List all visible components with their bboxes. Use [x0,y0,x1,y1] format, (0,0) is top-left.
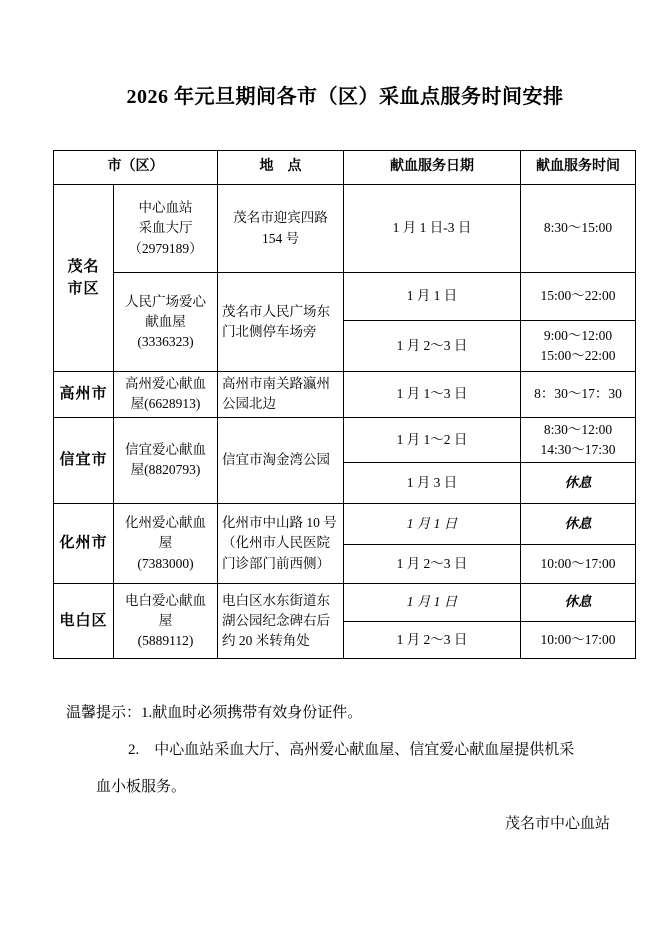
signature: 茂名市中心血站 [66,806,610,843]
station-cell: 高州爱心献血 屋(6628913) [114,372,218,418]
table-row: 高州市 高州爱心献血 屋(6628913) 高州市南关路瀛州 公园北边 1 月 … [54,372,636,418]
time-cell: 9:00～12:00 15:00～22:00 [521,321,636,372]
district-cell-maoming: 茂名 市区 [54,185,114,372]
table-row: 茂名 市区 中心血站 采血大厅 （2979189） 茂名市迎宾四路 154 号 … [54,185,636,273]
date-cell: 1 月 3 日 [344,463,521,504]
address-cell: 茂名市迎宾四路 154 号 [218,185,344,273]
header-service-date: 献血服务日期 [344,151,521,185]
document-page: 2026 年元旦期间各市（区）采血点服务时间安排 市（区） 地 点 献血服务日期… [0,0,670,947]
table-row: 电白区 电白爱心献血 屋 (5889112) 电白区水东街道东 湖公园纪念碑右后… [54,584,636,622]
note-line-2: 2. 中心血站采血大厅、高州爱心献血屋、信宜爱心献血屋提供机采 [128,732,610,769]
station-cell: 电白爱心献血 屋 (5889112) [114,584,218,659]
district-cell-dianbai: 电白区 [54,584,114,659]
date-cell: 1 月 2～3 日 [344,622,521,659]
time-cell: 10:00～17:00 [521,622,636,659]
address-cell: 高州市南关路瀛州 公园北边 [218,372,344,418]
station-cell: 中心血站 采血大厅 （2979189） [114,185,218,273]
station-cell: 信宜爱心献血 屋(8820793) [114,417,218,504]
date-cell: 1 月 2～3 日 [344,545,521,584]
date-cell: 1 月 1 日 [344,504,521,545]
blood-donation-schedule-table: 市（区） 地 点 献血服务日期 献血服务时间 茂名 市区 中心血站 采血大厅 （… [53,150,636,659]
table-row: 人民广场爱心 献血屋 (3336323) 茂名市人民广场东 门北侧停车场旁 1 … [54,273,636,321]
address-cell: 电白区水东街道东 湖公园纪念碑右后 约 20 米转角处 [218,584,344,659]
table-row: 化州市 化州爱心献血 屋 (7383000) 化州市中山路 10 号 （化州市人… [54,504,636,545]
address-cell: 信宜市淘金湾公园 [218,417,344,504]
address-cell: 茂名市人民广场东 门北侧停车场旁 [218,273,344,372]
note-line-1: 温馨提示：1.献血时必须携带有效身份证件。 [66,695,610,732]
time-cell: 8:30～15:00 [521,185,636,273]
date-cell: 1 月 1 日 [344,584,521,622]
table-header-row: 市（区） 地 点 献血服务日期 献血服务时间 [54,151,636,185]
note-line-3: 血小板服务。 [96,769,610,806]
time-cell: 15:00～22:00 [521,273,636,321]
date-cell: 1 月 2～3 日 [344,321,521,372]
time-cell-rest: 休息 [521,463,636,504]
date-cell: 1 月 1～2 日 [344,417,521,463]
district-cell-gaozhou: 高州市 [54,372,114,418]
time-cell: 8:30～12:00 14:30～17:30 [521,417,636,463]
time-cell-rest: 休息 [521,504,636,545]
address-cell: 化州市中山路 10 号 （化州市人民医院 门诊部门前西侧） [218,504,344,584]
table-row: 信宜市 信宜爱心献血 屋(8820793) 信宜市淘金湾公园 1 月 1～2 日… [54,417,636,463]
station-cell: 人民广场爱心 献血屋 (3336323) [114,273,218,372]
date-cell: 1 月 1 日 [344,273,521,321]
time-cell: 8：30～17：30 [521,372,636,418]
time-cell: 10:00～17:00 [521,545,636,584]
date-cell: 1 月 1～3 日 [344,372,521,418]
header-district: 市（区） [54,151,218,185]
notes-section: 温馨提示：1.献血时必须携带有效身份证件。 2. 中心血站采血大厅、高州爱心献血… [66,695,610,843]
district-cell-xinyi: 信宜市 [54,417,114,504]
date-cell: 1 月 1 日-3 日 [344,185,521,273]
header-service-time: 献血服务时间 [521,151,636,185]
page-title: 2026 年元旦期间各市（区）采血点服务时间安排 [0,0,670,109]
time-cell-rest: 休息 [521,584,636,622]
district-cell-huazhou: 化州市 [54,504,114,584]
station-cell: 化州爱心献血 屋 (7383000) [114,504,218,584]
header-location: 地 点 [218,151,344,185]
